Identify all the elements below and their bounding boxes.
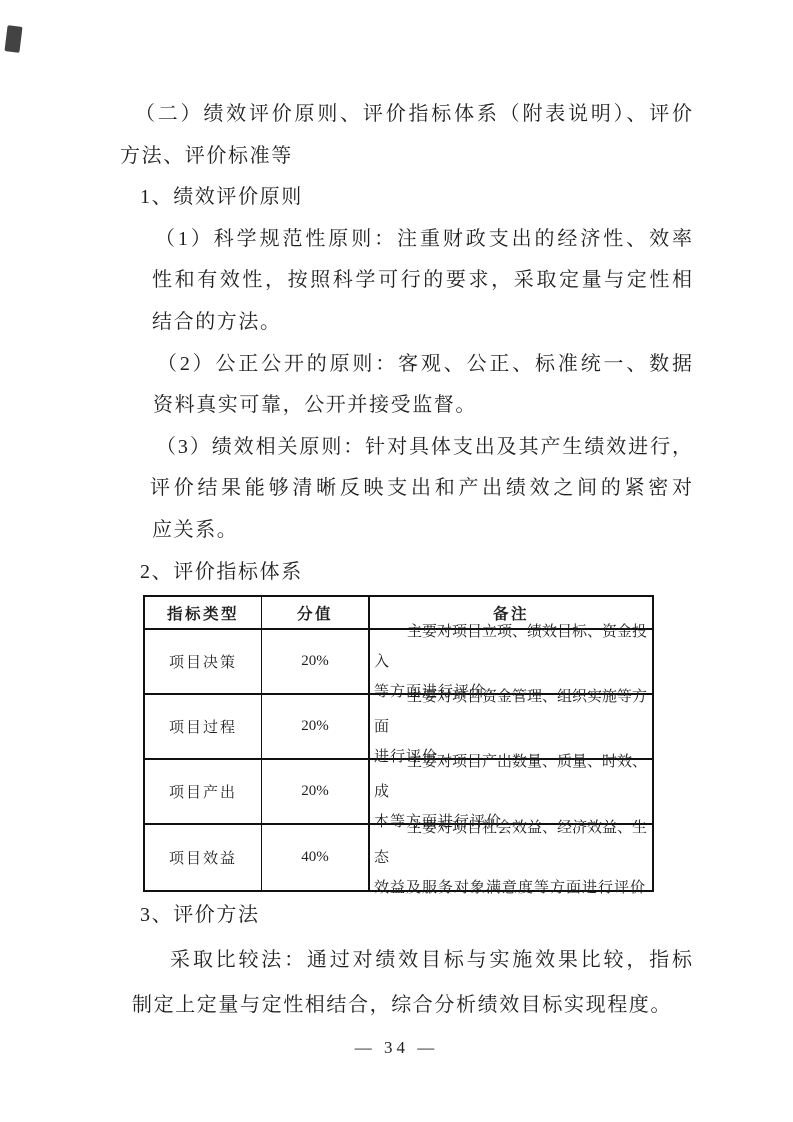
text-line: （二）绩效评价原则、评价指标体系（附表说明）、评价 xyxy=(135,94,692,136)
text-line: （1）科学规范性原则：注重财政支出的经济性、效率 xyxy=(155,219,692,261)
remark-line-1: 主要对项目立项、绩效目标、资金投入 xyxy=(374,617,647,677)
text-line: 采取比较法：通过对绩效目标与实施效果比较，指标 xyxy=(170,938,692,983)
table-header-indicator-type: 指标类型 xyxy=(145,597,262,630)
text-line: 结合的方法。 xyxy=(152,302,692,344)
table-header-score: 分值 xyxy=(262,597,370,630)
text-line: 2、评价指标体系 xyxy=(140,552,692,594)
remark-line-1: 主要对项目资金管理、组织实施等方面 xyxy=(374,682,647,742)
table-cell-score: 20% xyxy=(262,760,370,825)
text-line: 制定上定量与定性相结合，综合分析绩效目标实现程度。 xyxy=(132,983,692,1028)
text-line: 1、绩效评价原则 xyxy=(140,177,692,219)
table-cell-indicator-type: 项目效益 xyxy=(145,825,262,890)
table-cell-indicator-type: 项目过程 xyxy=(145,695,262,760)
body-text-block-1: （二）绩效评价原则、评价指标体系（附表说明）、评价 方法、评价标准等 1、绩效评… xyxy=(100,94,692,593)
text-line: （2）公正公开的原则：客观、公正、标准统一、数据 xyxy=(157,344,692,386)
table-cell-score: 20% xyxy=(262,630,370,695)
text-line: 方法、评价标准等 xyxy=(120,136,692,178)
text-line: 3、评价方法 xyxy=(140,893,692,938)
table-cell-score: 40% xyxy=(262,825,370,890)
text-line: 应关系。 xyxy=(152,510,692,552)
table-cell-score: 20% xyxy=(262,695,370,760)
text-line: 评价结果能够清晰反映支出和产出绩效之间的紧密对 xyxy=(150,468,692,510)
document-page: （二）绩效评价原则、评价指标体系（附表说明）、评价 方法、评价标准等 1、绩效评… xyxy=(0,0,793,1122)
text-line: （3）绩效相关原则：针对具体支出及其产生绩效进行， xyxy=(156,427,692,469)
remark-line-1: 主要对项目社会效益、经济效益、生态 xyxy=(374,813,647,873)
scan-smudge-artifact xyxy=(4,25,22,53)
table-cell-indicator-type: 项目产出 xyxy=(145,760,262,825)
page-number: — 34 — xyxy=(0,1038,793,1058)
table-cell-indicator-type: 项目决策 xyxy=(145,630,262,695)
text-line: 性和有效性，按照科学可行的要求，采取定量与定性相 xyxy=(152,260,692,302)
body-text-block-2: 3、评价方法 采取比较法：通过对绩效目标与实施效果比较，指标 制定上定量与定性相… xyxy=(100,893,692,1028)
text-line: 资料真实可靠，公开并接受监督。 xyxy=(153,385,692,427)
table-cell-remark: 主要对项目社会效益、经济效益、生态 效益及服务对象满意度等方面进行评价 xyxy=(370,825,652,890)
evaluation-index-table: 指标类型 分值 备注 项目决策 20% 主要对项目立项、绩效目标、资金投入 等方… xyxy=(143,595,654,892)
remark-line-1: 主要对项目产出数量、质量、时效、成 xyxy=(374,747,647,807)
